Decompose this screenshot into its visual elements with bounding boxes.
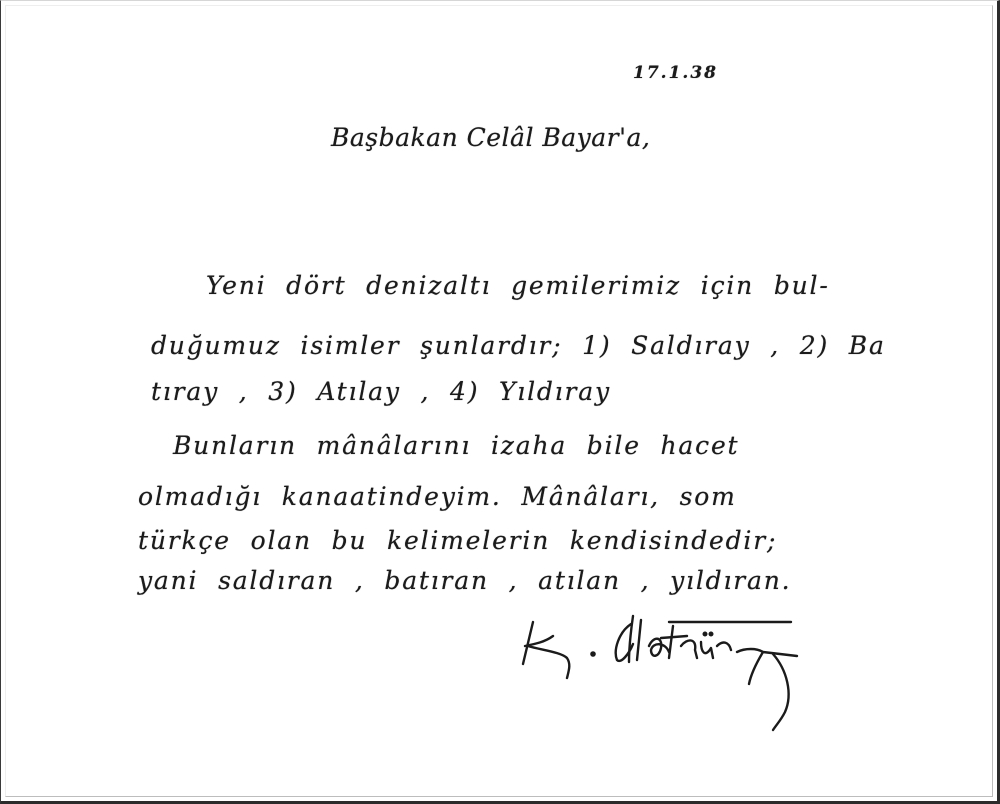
signature: K. Atatürk: [501, 606, 831, 736]
body-line-4: Bunların mânâlarını izaha bile hacet: [173, 431, 739, 460]
signature-scribble-icon: K. Atatürk: [501, 606, 831, 736]
body-line-6: türkçe olan bu kelimelerin kendisindedir…: [138, 526, 777, 555]
letter-date: 17.1.38: [633, 63, 718, 83]
body-line-1: Yeni dört denizaltı gemilerimiz için bul…: [206, 271, 830, 300]
body-line-7: yani saldıran , batıran , atılan , yıldı…: [138, 566, 791, 595]
body-line-5: olmadığı kanaatindeyim. Mânâları, som: [138, 482, 737, 511]
letter-salutation: Başbakan Celâl Bayar'a,: [331, 123, 650, 152]
body-line-2: duğumuz isimler şunlardır; 1) Saldıray ,…: [151, 331, 886, 360]
document-frame: 17.1.38 Başbakan Celâl Bayar'a, Yeni dör…: [0, 0, 1000, 804]
body-line-3: tıray , 3) Atılay , 4) Yıldıray: [151, 377, 611, 406]
